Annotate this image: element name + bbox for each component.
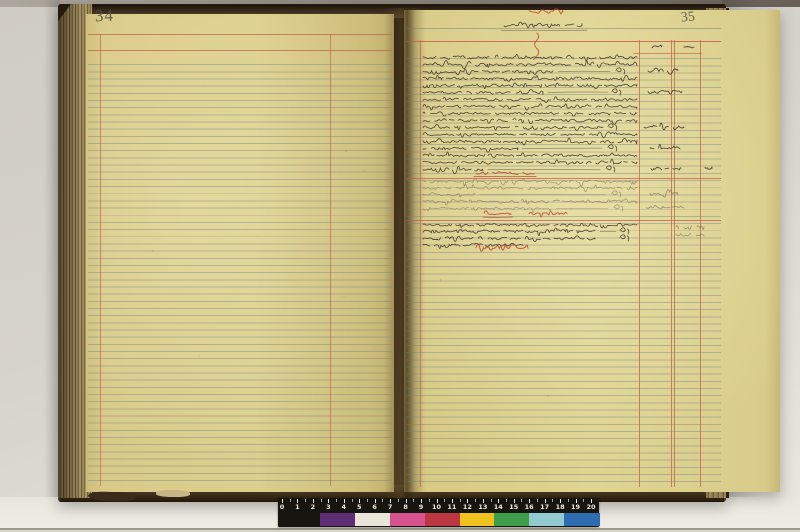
- ruler-number: 4: [339, 503, 349, 511]
- ruler-number: 19: [571, 503, 581, 511]
- ruler-minor-tick: [413, 499, 414, 502]
- ruler-number: 15: [509, 503, 519, 511]
- photo-of-ledger: 34 35 01234567891011121314151617181920: [0, 0, 800, 532]
- paper-speck: [402, 222, 403, 223]
- ruler-number: 11: [447, 503, 457, 511]
- left-page-ruled-lines: [88, 58, 392, 486]
- paper-speck: [363, 170, 364, 171]
- ruler-minor-tick: [568, 499, 569, 502]
- left-page-red-rule: [88, 34, 392, 35]
- color-calibration-patch: [390, 513, 425, 526]
- color-calibration-patch: [425, 513, 460, 526]
- ruler-minor-tick: [429, 499, 430, 502]
- color-calibration-patch: [529, 513, 564, 526]
- right-page-red-column: [639, 40, 640, 487]
- paper-speck: [343, 296, 345, 298]
- left-page-red-margin: [330, 34, 331, 486]
- paper-speck: [565, 189, 567, 191]
- ruler-number: 5: [354, 503, 364, 511]
- ruler-number: 17: [540, 503, 550, 511]
- right-page-red-column: [674, 40, 675, 487]
- right-page-red-column: [700, 40, 701, 487]
- ruler-minor-tick: [491, 499, 492, 502]
- ruler-number: 10: [432, 503, 442, 511]
- ruler-minor-tick: [475, 499, 476, 502]
- ruler-minor-tick: [290, 499, 291, 502]
- color-calibration-patch: [355, 513, 390, 526]
- ruler-minor-tick: [367, 499, 368, 502]
- scale-bar: 01234567891011121314151617181920: [278, 498, 599, 527]
- ruler-number: 18: [555, 503, 565, 511]
- ruler-minor-tick: [521, 499, 522, 502]
- right-page-red-column: [671, 40, 672, 487]
- paper-speck: [345, 150, 347, 152]
- color-calibration-patch: [460, 513, 495, 526]
- ruler-minor-tick: [506, 499, 507, 502]
- ruler-minor-tick: [552, 499, 553, 502]
- ruler-minor-tick: [321, 499, 322, 502]
- ruler-number: 13: [478, 503, 488, 511]
- column-header-rule: [633, 53, 702, 54]
- ruler-minor-tick: [537, 499, 538, 502]
- ruler-minor-tick: [444, 499, 445, 502]
- ruler-minor-tick: [336, 499, 337, 502]
- right-page-header-line: [407, 28, 721, 29]
- ruler-number: 3: [323, 503, 333, 511]
- paper-speck: [547, 395, 549, 397]
- color-calibration-patch: [494, 513, 529, 526]
- ruler-minor-tick: [460, 499, 461, 502]
- ruler-number: 14: [493, 503, 503, 511]
- left-page-red-margin: [100, 34, 101, 486]
- ruler-number: 1: [292, 503, 302, 511]
- ruler-number: 12: [462, 503, 472, 511]
- ruler-number: 8: [401, 503, 411, 511]
- ruler-number: 20: [586, 503, 596, 511]
- paper-speck: [440, 279, 441, 280]
- left-page-red-rule: [88, 50, 392, 51]
- ruler-minor-tick: [398, 499, 399, 502]
- page-number-left: 34: [95, 6, 115, 27]
- ruler-number: 6: [370, 503, 380, 511]
- worn-page-corner: [156, 490, 190, 498]
- ruler-minor-tick: [583, 499, 584, 502]
- ruler-number: 9: [416, 503, 426, 511]
- ruler-number: 7: [385, 503, 395, 511]
- right-page-red-column: [420, 40, 421, 487]
- ruler-minor-tick: [382, 499, 383, 502]
- ruler-number: 16: [524, 503, 534, 511]
- ruler-minor-tick: [305, 499, 306, 502]
- ruler-minor-tick: [352, 499, 353, 502]
- ruler-number: 0: [277, 503, 287, 511]
- page-number-right: 35: [680, 9, 695, 26]
- ruler-number: 2: [308, 503, 318, 511]
- color-calibration-patch: [564, 513, 599, 526]
- color-calibration-patch: [320, 513, 355, 526]
